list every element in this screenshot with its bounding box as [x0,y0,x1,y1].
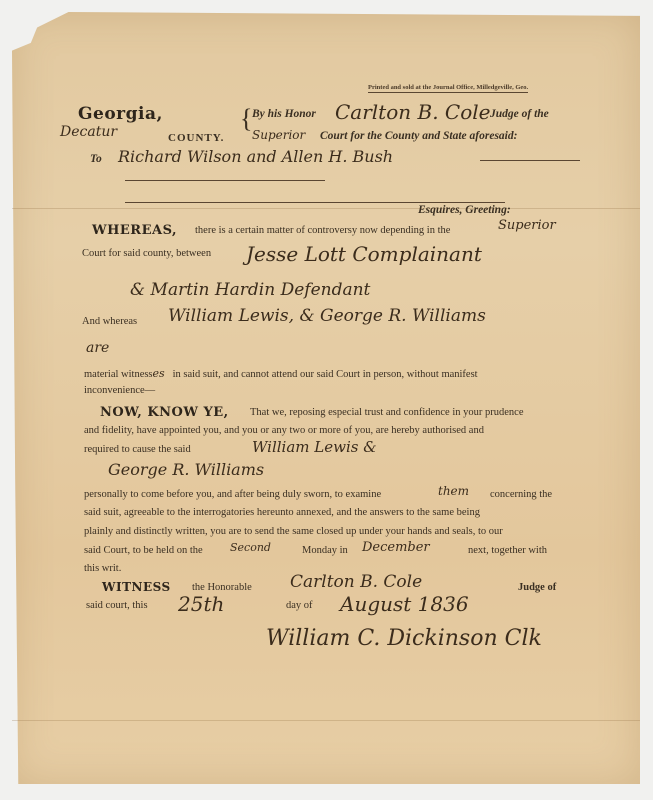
inconvenience: inconvenience— [84,385,155,396]
judge-name: Carlton B. Cole [335,100,491,124]
day-of: day of [286,600,313,611]
are-word: are [86,340,109,356]
state-title: Georgia, [78,104,163,124]
defendant: & Martin Hardin Defendant [130,280,370,300]
county-label: COUNTY. [168,132,224,144]
fold-line [12,208,640,209]
whereas-court: Superior [498,218,556,233]
commissioners: Richard Wilson and Allen H. Bush [118,147,393,166]
material-witness: material witnesses in said suit, and can… [84,367,478,380]
to-label: To [90,153,102,165]
printer-imprint: Printed and sold at the Journal Office, … [368,84,528,93]
blank-line [125,200,505,203]
witness-heading: WITNESS [102,580,171,594]
complainant: Jesse Lott Complainant [246,242,482,266]
monday-in: Monday in [302,545,348,556]
witness-two: George R. Williams [108,460,264,479]
date-handwritten: August 1836 [340,592,469,616]
said-suit-line: said suit, agreeable to the interrogator… [84,507,480,518]
required-to-cause: required to cause the said [84,444,191,455]
them-word: them [438,484,469,498]
and-whereas: And whereas [82,316,137,327]
judge-of: Judge of [518,582,556,593]
month-word: December [362,540,430,555]
next-together: next, together with [468,545,547,556]
blank-line [125,178,325,181]
blank-line [480,158,580,161]
esquires-greeting: Esquires, Greeting: [418,204,511,216]
witnesses-named: William Lewis, & George R. Williams [168,306,486,326]
whereas-heading: WHEREAS, [92,223,177,238]
now-know-ye-line2: and fidelity, have appointed you, and yo… [84,425,484,436]
county-name: Decatur [60,124,117,140]
this-writ: this writ. [84,563,121,574]
judge-of-the: Judge of the [490,108,549,120]
by-his-honor: By his Honor [252,108,316,120]
concerning-the: concerning the [490,489,552,500]
said-court-held: said Court, to be held on the [84,545,203,556]
court-for-county-state: Court for the County and State aforesaid… [320,130,517,142]
now-know-ye-line1: That we, reposing especial trust and con… [250,407,523,418]
plainly-line: plainly and distinctly written, you are … [84,526,503,537]
fold-line [12,720,640,721]
brace-symbol: { [240,104,252,134]
now-know-ye-heading: NOW, KNOW YE, [100,405,229,420]
witness-one: William Lewis & [252,438,377,456]
ordinal-word: Second [230,541,271,554]
court-for-said-county: Court for said county, between [82,248,211,259]
said-court-this: said court, this [86,600,148,611]
witness-judge: Carlton B. Cole [290,572,422,592]
day-number: 25th [178,592,224,616]
whereas-text: there is a certain matter of controversy… [195,225,450,236]
clerk-signature: William C. Dickinson Clk [266,626,542,651]
personally-line: personally to come before you, and after… [84,489,381,500]
court-type: Superior [252,128,305,142]
